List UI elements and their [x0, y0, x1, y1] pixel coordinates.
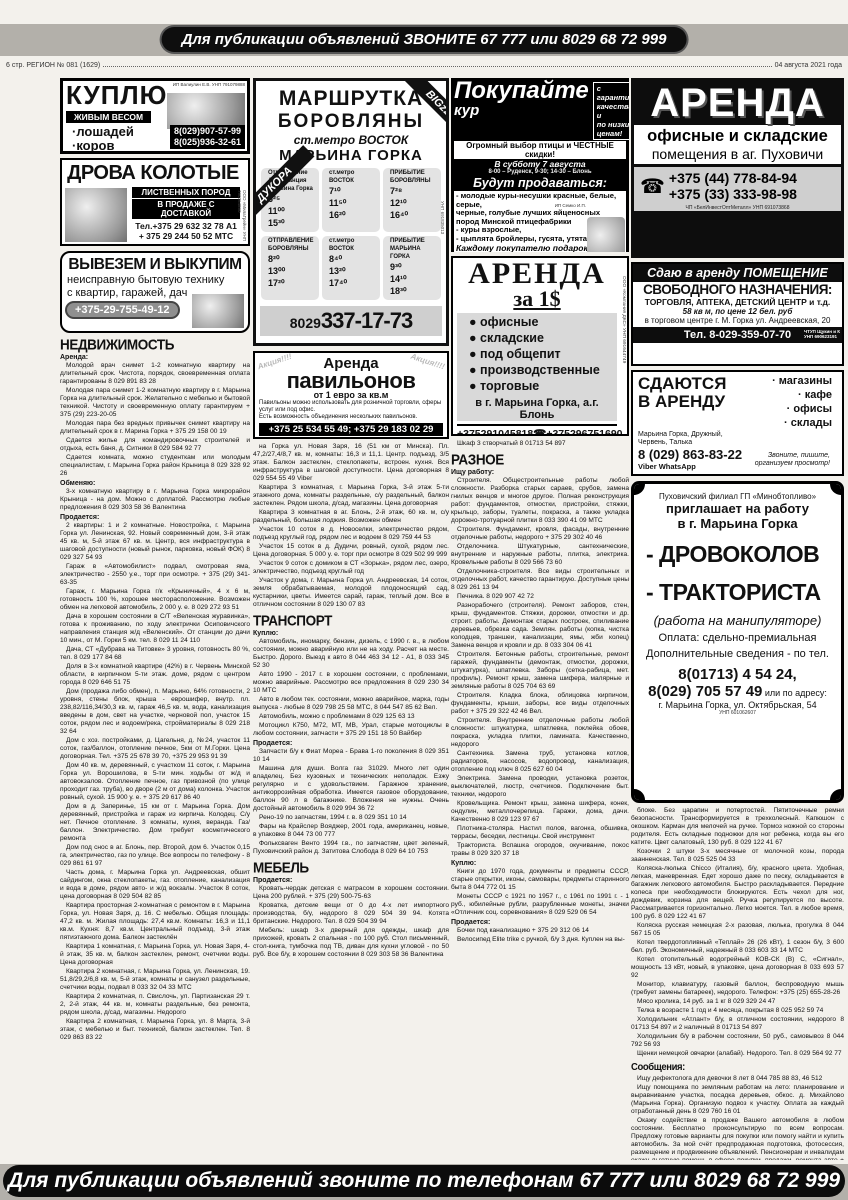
info-line: Дополнительные сведения - по тел. — [640, 648, 835, 660]
column-3: Покупайте кур с гарантией качества и по … — [451, 78, 629, 1160]
list-item: Ищу помощника по земляным работам на лет… — [631, 1084, 844, 1116]
ad-firewood: ДРОВА КОЛОТЫЕ ЛИСТВЕННЫХ ПОРОД В ПРОДАЖЕ… — [60, 158, 250, 246]
section-title: НЕДВИЖИМОСТЬ — [60, 336, 250, 352]
list-item: 9³⁰ — [384, 262, 440, 273]
timetable-col: ПРИБЫТИЕМАРЬИНАГОРКА 9³⁰14¹⁰18³⁰ — [383, 236, 441, 300]
bottom-banner: Для публикации объявлений звоните по тел… — [3, 1165, 845, 1197]
list-item: 15³⁰ — [262, 218, 318, 229]
exchange-listings: 3-х комнатную квартиру в г. Марьина Горк… — [60, 488, 250, 512]
list-item: БОРОВЛЯНЫ — [262, 246, 318, 253]
phone: Тел. 8-029-359-07-70 — [684, 329, 791, 341]
ad-title: ДРОВА КОЛОТЫЕ — [66, 162, 240, 185]
list-item: Окажу содействие в продаже Вашего автомо… — [631, 1117, 844, 1160]
times: 9³⁰14¹⁰18³⁰ — [384, 262, 440, 297]
list-item: · офисы — [766, 403, 832, 416]
unp-note: ЧТУП Щукин и К УНП 690623191 — [804, 329, 840, 339]
phone-bar: Тел. 8-029-359-07-70 ЧТУП Щукин и К УНП … — [633, 327, 842, 343]
list-item: Дом 40 кв. м, деревянный, с участком 11 … — [60, 762, 250, 802]
furniture-sale: Кровать-чердак детская с матрасом в хоро… — [253, 885, 449, 959]
list-item: Отделочника. Штукатурные, сантехнические… — [451, 543, 629, 567]
list-item: Отделочника-строителя. Все виды строител… — [451, 568, 629, 592]
phone-1: 8(01713) 4 54 24, — [640, 666, 835, 683]
list-item: 7¹⁰ — [323, 186, 379, 197]
list-item: ПРИБЫТИЕ — [384, 238, 440, 245]
ad-appliance-removal: ВЫВЕЗЕМ И ВЫКУПИМ неисправную бытовую те… — [60, 251, 250, 333]
ad-pavilion-rent: Акция!!!! Акция!!!! Аренда павильонов от… — [253, 351, 449, 439]
misc-sale-continued: блоке. Без царапин и потертостей. Пятито… — [631, 807, 844, 1058]
transport-buy: Автомобиль, иномарку, бензин, дизель, с … — [253, 638, 449, 738]
phone-2: + 375 29 244 50 52 МТС — [132, 231, 240, 241]
list-item: Квартира 3 комнатная, г. Марьина Горка, … — [253, 484, 449, 508]
dotted-rule — [103, 65, 771, 67]
list-item: Дом под снос в аг. Блонь, пер. Второй, д… — [60, 844, 250, 868]
ad-line: Есть возможность объединения нескольких … — [259, 414, 443, 421]
list-item: 16²⁰ — [323, 210, 379, 221]
phone-1: 8(029)907-57-99 — [174, 126, 241, 137]
corner-ornament — [830, 789, 844, 803]
job-wanted-listings: Строителя. Общестроительные работы любой… — [451, 477, 629, 858]
unp-note: ООО «Компания ДКС» УНП 691644749 — [621, 276, 626, 363]
firewood-photo — [65, 188, 127, 242]
ad-office-warehouse-rent: АРЕНДА офисные и складские помещения в а… — [631, 78, 844, 258]
list-item: Квартира просторная 2-комнатная с ремонт… — [60, 902, 250, 942]
towns-line: Марьина Горка, Дружный, Червень, Талька — [638, 431, 832, 447]
phone-icon: ☎ — [640, 174, 665, 199]
positions-list: - ДРОВОКОЛОВ- ТРАКТОРИСТА — [640, 539, 835, 607]
call-to-action: Звоните, пишите, организуем просмотр! — [755, 452, 830, 468]
list-item: Книги до 1970 года, документы и предметы… — [451, 868, 629, 892]
ad-line: неисправную бытовую технику — [67, 274, 243, 287]
phone-2: 8(029) 705 57 49 или по адресу: — [640, 683, 835, 700]
misc-buy-listings: Книги до 1970 года, документы и предметы… — [451, 868, 629, 917]
list-item: Кровать-чердак детская с матрасом в хоро… — [253, 885, 449, 901]
quality-badge: с гарантией качества и по низким ценам! — [593, 82, 629, 140]
times: 7²⁸12¹⁰16⁴⁰ — [384, 186, 440, 221]
list-item: Коляска русская немецкая 2-х разовая, лю… — [631, 922, 844, 938]
phone-2: +375296751690 — [546, 428, 622, 436]
ad-line: Павильоны можно использовать для розничн… — [259, 400, 443, 414]
list-item: 18³⁰ — [384, 286, 440, 297]
list-item: Котел твердотопливный «Теплай» 26 (26 кВ… — [631, 939, 844, 955]
list-item: ст.метро — [323, 238, 379, 245]
list-item: блоке. Без царапин и потертостей. Пятито… — [631, 807, 844, 847]
list-item: ВОСТОК — [323, 246, 379, 253]
list-item: Квартира 1 комнатная, г. Марьина Горка, … — [60, 943, 250, 967]
list-item: ● торговые — [463, 379, 617, 394]
route-stop: ст.метро ВОСТОК — [260, 133, 442, 147]
employer-line: Пуховичский филиал ГП «Минобтопливо» — [640, 492, 835, 501]
list-item: Участок 15 соток в д. Дудичи, ровный, су… — [253, 543, 449, 559]
list-item: Тракториста. Вспашка огородов, окучивани… — [451, 842, 629, 858]
phone: 337-17-73 — [321, 308, 412, 333]
timetable-col: ПРИБЫТИЕБОРОВЛЯНЫ 7²⁸12¹⁰16⁴⁰ — [383, 168, 441, 232]
list-item: 13²⁰ — [323, 266, 379, 277]
col-header: ПРИБЫТИЕМАРЬИНАГОРКА — [384, 238, 440, 261]
ad-line: СВОБОДНОГО НАЗНАЧЕНИЯ: — [633, 282, 842, 297]
list-item: · склады — [766, 417, 832, 430]
job-note: (работа на манипуляторе) — [640, 613, 835, 628]
group-label: Аренда: — [60, 354, 250, 361]
list-item: Дача в хорошем состоянии в С/Т «Веленска… — [60, 613, 250, 645]
list-item: Разнорабочего (строителя). Ремонт заборо… — [451, 602, 629, 650]
appliances-photo — [192, 294, 244, 328]
ad-subtitle: за 1$ — [457, 288, 617, 310]
list-item: ● производственные — [463, 363, 617, 378]
ad-title: ВЫВЕЗЕМ И ВЫКУПИМ — [67, 256, 243, 274]
list-item: Участок 9 соток с домиком в СТ «Зорька»,… — [253, 560, 449, 576]
section-real-estate: НЕДВИЖИМОСТЬ Аренда: Молодой врач снимет… — [60, 337, 250, 1042]
list-item: Котел отопительный водогрейный КОВ-СК (В… — [631, 956, 844, 980]
list-item: Мотоцикл К750, М72, МТ, МВ, Урал, старые… — [253, 722, 449, 738]
list-item: 8²⁰ — [262, 254, 318, 265]
phones: +375 25 534 55 49; +375 29 183 02 29 — [259, 423, 443, 436]
route-endpoint: БОРОВЛЯНЫ — [260, 111, 442, 133]
list-item: 14¹⁰ — [384, 274, 440, 285]
list-item: Квартира 2 комнатная, г. Марьина Горка, … — [60, 1018, 250, 1042]
timetable-return: ОТПРАВЛЕНИЕБОРОВЛЯНЫ 8²⁰13⁰⁰17²⁰ ст.метр… — [260, 236, 442, 300]
list-item: Холодильник б/у в рабочем состоянии, 50 … — [631, 1033, 844, 1049]
list-item: Гараж в «Автомобилист» подвал, смотровая… — [60, 563, 250, 587]
rent-listings: Молодой врач снимет 1-2 комнатную кварти… — [60, 362, 250, 478]
list-item: Бочки под канализацию + 375 29 312 06 14 — [451, 927, 629, 935]
list-item: Автомобиль, можно с проблемами 8 029 125… — [253, 713, 449, 721]
unp-note: ИП Валиулин Е.В. УНП 791079888 — [173, 82, 245, 87]
ad-subtitle: ЖИВЫМ ВЕСОМ — [66, 111, 151, 123]
list-item: Печника. 8 029 907 42 72 — [451, 593, 629, 601]
list-item: на Горка ул. Новая Заря, 16 (51 км от Ми… — [253, 443, 449, 483]
list-item: Строителя. Общестроительные работы любой… — [451, 477, 629, 525]
list-item: Кровельщика. Ремонт крыш, замена шифера,… — [451, 800, 629, 824]
ad-chickens: Покупайте кур с гарантией качества и по … — [451, 78, 629, 252]
list-item: Молодая пара снимет 1-2 комнатную кварти… — [60, 387, 250, 419]
ad-job-woodcutters: Пуховичский филиал ГП «Минобтопливо» при… — [631, 481, 844, 803]
section-title: МЕБЕЛЬ — [253, 859, 449, 875]
corner-ornament — [631, 789, 645, 803]
list-item: - ТРАКТОРИСТА — [640, 577, 835, 607]
list-item: Рено-19 по запчастям, 1994 г. в. 8 029 3… — [253, 814, 449, 822]
list-item: Монеты СССР с 1921 по 1957 г., с 1961 по… — [451, 893, 629, 917]
list-item: 11⁰⁰ — [262, 206, 318, 217]
sell-header: Будут продаваться: — [454, 175, 626, 191]
phone-icon: ☎ — [533, 428, 546, 436]
list-item: Молодая пара без вредных привычек снимет… — [60, 420, 250, 436]
unp-note: ЧП «БелИнвестОптМеталл» УНП 691073868 — [634, 205, 841, 211]
group-label: Куплю: — [451, 860, 629, 867]
list-item: Дача, СТ «Дубрава на Титовке» 3 уровня, … — [60, 646, 250, 662]
list-item: 8⁴⁰ — [323, 254, 379, 265]
group-label: Обменяю: — [60, 480, 250, 487]
phone-bar: 8029337-17-73 — [260, 306, 442, 336]
col-header: ст.метроВОСТОК — [323, 238, 379, 253]
real-estate-continued: на Горка ул. Новая Заря, 16 (51 км от Ми… — [253, 443, 449, 609]
unp-note: УНП 601062607 — [640, 710, 835, 716]
list-item: 13⁰⁰ — [262, 266, 318, 277]
page-number: 6 стр. РЕГИОН № 081 (1629) — [6, 62, 100, 69]
ad-premises-rent: Сдаю в аренду ПОМЕЩЕНИЕ СВОБОДНОГО НАЗНА… — [631, 262, 844, 366]
column-4: АРЕНДА офисные и складские помещения в а… — [631, 78, 844, 1160]
newspaper-page: Для публикации объявлений ЗВОНИТЕ 67 777… — [0, 0, 848, 1200]
list-item: Мебель: шкаф 3-х дверный для одежды, шка… — [253, 927, 449, 959]
ad-shuttle-bus: ДУКОРА BIGzz МАРШРУТКА БОРОВЛЯНЫ ст.метр… — [253, 78, 449, 346]
list-item: - ДРОВОКОЛОВ — [640, 539, 835, 569]
phone-1: Тел.+375 29 632 32 78 А1 — [132, 221, 240, 231]
list-item: Квартира 2 комнатная, г. Марьина Горка, … — [60, 968, 250, 992]
list-item: Телка в возрасте 1 год и 4 месяца, покры… — [631, 1007, 844, 1015]
unp-note: ООО «МилаГрейн» УНП 790364890 — [237, 190, 247, 244]
phone-1: +375 (44) 778-84-94 — [669, 170, 797, 186]
col-header: ст.метроВОСТОК — [323, 170, 379, 185]
phone-numbers: 8(029)907-57-99 8(025)936-32-61 — [170, 125, 245, 149]
ad-title: кур — [454, 102, 589, 119]
ad-title: павильонов — [259, 372, 443, 390]
list-item: Дом с хоз. постройками, д. Цагельня, д. … — [60, 737, 250, 761]
list-item: ОТПРАВЛЕНИЕ — [262, 238, 318, 245]
list-item: 11⁵⁰ — [323, 198, 379, 209]
premises-types: · магазины· кафе· офисы· склады — [766, 375, 832, 431]
list-item: Щенки немецкой овчарки (алабай). Недорог… — [631, 1050, 844, 1058]
list-item: · магазины — [766, 375, 832, 388]
list-item: 7²⁸ — [384, 186, 440, 197]
list-item: Строителя. Внутренние отделочные работы … — [451, 717, 629, 749]
list-item: БОРОВЛЯНЫ — [384, 178, 440, 185]
stray-listing: Шкаф 3 створчатый 8 01713 54 897 — [451, 440, 629, 448]
column-1: ИП Валиулин Е.В. УНП 791079888 КУПЛЮ ЖИВ… — [60, 78, 250, 1160]
list-item: Холодильник «Атлант» б/у, в отличном сос… — [631, 1016, 844, 1032]
ad-title: Сдаю в аренду ПОМЕЩЕНИЕ — [633, 264, 842, 282]
list-item: Плотника-столяра. Настил полов, вагонка,… — [451, 825, 629, 841]
list-item: Гараж, г. Марьина Горка г/к «Крыничный»,… — [60, 588, 250, 612]
list-item: Ищу дефектолога для девочки 8 лет 8 044 … — [631, 1075, 844, 1083]
list-item: ● под общепит — [463, 347, 617, 362]
ad-line: в г. Марьина Горка — [640, 516, 835, 531]
unp-note: ИП Семко И.П. — [555, 203, 586, 208]
list-item: Авто в любом тех. состоянии, можно авари… — [253, 696, 449, 712]
list-item: Часть дома, г. Марьина Горка ул. Андреев… — [60, 869, 250, 901]
list-item: 2 квартиры: 1 и 2 комнатные. Новостройка… — [60, 522, 250, 562]
premises-types: ● офисные● складские● под общепит● произ… — [457, 313, 617, 397]
list-item: 17⁴⁰ — [323, 278, 379, 289]
list-item: Участок у дома, г. Марьина Горка ул. Анд… — [253, 577, 449, 609]
timetable-col: ст.метроВОСТОК 7¹⁰11⁵⁰16²⁰ — [322, 168, 380, 232]
phone-panel: ☎ +375 (44) 778-84-94 +375 (33) 333-98-9… — [634, 167, 841, 205]
list-item: ВОСТОК — [323, 178, 379, 185]
list-item: Коляска-люлька Chicco (Италия), б/у, кра… — [631, 865, 844, 921]
group-label: Продается: — [253, 877, 449, 884]
section-title: РАЗНОЕ — [451, 451, 629, 467]
ad-line: В ПРОДАЖЕ С ДОСТАВКОЙ — [132, 199, 240, 219]
ad-line: Огромный выбор птицы и ЧЕСТНЫЕ скидки! — [454, 141, 626, 159]
phone-bar: +375291045818 ☎ +375296751690 — [457, 424, 617, 436]
ad-title: АРЕНДА — [634, 81, 841, 125]
group-label: Продается: — [451, 919, 629, 926]
list-item: ● складские — [463, 331, 617, 346]
list-item: Доля в 3-х комнатной квартире (42%) в г.… — [60, 663, 250, 687]
list-item: Электрика. Замена проводки, установка ро… — [451, 775, 629, 799]
price-line: 58 кв м, по цене 12 бел. руб — [633, 307, 842, 316]
group-label: Продается: — [253, 740, 449, 747]
list-item: ● офисные — [463, 315, 617, 330]
phone-2: 8(025)936-32-61 — [174, 137, 241, 148]
address-line: г. Марьина Горка, ул. Октябрьская, 54 — [640, 700, 835, 710]
ad-title: Покупайте — [454, 80, 589, 102]
group-label: Продается: — [60, 514, 250, 521]
list-item: ПРИБЫТИЕ — [384, 170, 440, 177]
location-line: в г. Марьина Горка, а.г. Блонь — [457, 397, 617, 421]
timetable-col: ст.метроВОСТОК 8⁴⁰13²⁰17⁴⁰ — [322, 236, 380, 300]
list-item: Фольксваген Венто 1994 г.в., по запчастя… — [253, 840, 449, 856]
group-label: Ищу работу: — [451, 469, 629, 476]
list-item: Строителя. Кладка блока, облицовка кирпи… — [451, 692, 629, 716]
sell-list: - молодые куры-несушки красные, белые, с… — [454, 191, 626, 252]
ad-line: помещения в аг. Пуховичи — [634, 146, 841, 162]
list-item: Сантехника. Замена труб, установка котло… — [451, 750, 629, 774]
list-item: Участок 10 соток в д. Новоселки, электри… — [253, 526, 449, 542]
section-title: Сообщения: — [631, 1062, 844, 1074]
times: 8⁴⁰13²⁰17⁴⁰ — [323, 254, 379, 289]
misc-sale-listings: Бочки под канализацию + 375 29 312 06 14… — [451, 927, 629, 944]
list-item: Монитор, клавиатуру, газовый баллон, бес… — [631, 981, 844, 997]
list-item: Строителя. Бетонные работы, строительные… — [451, 651, 629, 691]
list-item: 3-х комнатную квартиру в г. Марьина Горк… — [60, 488, 250, 512]
list-item: Дом (продажа либо обмен), п. Марьино, 64… — [60, 688, 250, 736]
column-2: ДУКОРА BIGzz МАРШРУТКА БОРОВЛЯНЫ ст.метр… — [253, 78, 449, 1160]
pay-line: Оплата: сдельно-премиальная — [640, 632, 835, 644]
list-item: 16⁴⁰ — [384, 210, 440, 221]
list-item: Велосипед Elite trike с ручкой, б/у 3 дн… — [451, 936, 629, 944]
ad-line: офисные и складские — [634, 127, 841, 146]
times: 8²⁰13⁰⁰17²⁰ — [262, 254, 318, 289]
list-item: 12¹⁰ — [384, 198, 440, 209]
ad-line: приглашает на работу — [640, 501, 835, 516]
times: 7¹⁰11⁵⁰16²⁰ — [323, 186, 379, 221]
timetable-col: ОТПРАВЛЕНИЕБОРОВЛЯНЫ 8²⁰13⁰⁰17²⁰ — [261, 236, 319, 300]
list-item: Молодой врач снимет 1-2 комнатную кварти… — [60, 362, 250, 386]
address-line: в торговом центре г. М. Горка ул. Андрее… — [633, 316, 842, 325]
list-item: Квартира 3 комнатная в аг. Блонь, 2-й эт… — [253, 509, 449, 525]
list-item: · кафе — [766, 389, 832, 402]
col-header: ПРИБЫТИЕБОРОВЛЯНЫ — [384, 170, 440, 185]
col-header: ОТПРАВЛЕНИЕБОРОВЛЯНЫ — [262, 238, 318, 253]
horses-photo — [167, 93, 245, 129]
list-item: Козочки 2 штуки 3-х месячные от молочной… — [631, 848, 844, 864]
list-item: ст.метро — [323, 170, 379, 177]
sale-date: В субботу 7 августа — [454, 159, 626, 169]
list-item: Мясо кролика, 14 руб. за 1 кг 8 029 329 … — [631, 998, 844, 1006]
ad-rent-multi: СДАЮТСЯ В АРЕНДУ · магазины· кафе· офисы… — [631, 370, 844, 476]
ad-line: ЛИСТВЕННЫХ ПОРОД — [132, 187, 240, 198]
list-item: Строителя. Фундамент, кровля, фасады, вн… — [451, 526, 629, 542]
list-item: МАРЬИНА — [384, 246, 440, 253]
ad-kuplyu-livestock: ИП Валиулин Е.В. УНП 791079888 КУПЛЮ ЖИВ… — [60, 78, 250, 154]
group-label: Куплю: — [253, 630, 449, 637]
list-item: Дом в д. Заперинье, 15 км от г. Марьина … — [60, 803, 250, 843]
list-item: Сдается жилье для командировочных строит… — [60, 437, 250, 453]
phone-1: +375291045818 — [457, 428, 533, 436]
list-item: Авто 1990 - 2017 г. в хорошем состоянии,… — [253, 671, 449, 695]
phone-2: +375 (33) 333-98-98 — [669, 186, 797, 202]
list-item: Машина для души. Волга газ 31029. Много … — [253, 765, 449, 813]
phone-prefix: 8029 — [290, 315, 321, 331]
list-item: Автомобиль, иномарку, бензин, дизель, с … — [253, 638, 449, 670]
top-banner: Для публикации объявлений ЗВОНИТЕ 67 777… — [162, 27, 687, 52]
phone: +375-29-755-49-12 — [67, 303, 178, 317]
unp-note: УНП 691835013 — [440, 201, 445, 234]
messages-listings: Ищу дефектолога для девочки 8 лет 8 044 … — [631, 1075, 844, 1160]
list-item: ГОРКА — [384, 254, 440, 261]
page-header: 6 стр. РЕГИОН № 081 (1629) 04 августа 20… — [6, 62, 842, 69]
transport-sale: Запчасти б/у к Фиат Мореа - Брава 1-го п… — [253, 748, 449, 856]
list-item: Запчасти б/у к Фиат Мореа - Брава 1-го п… — [253, 748, 449, 764]
list-item: Кроватка, детские вещи от 0 до 4-х лет и… — [253, 902, 449, 926]
list-item: Квартира 2 комнатная, п. Свислочь, ул. П… — [60, 993, 250, 1017]
list-item: Сдается комната, можно студенткам или мо… — [60, 454, 250, 478]
ad-rent-for-1-dollar: АРЕНДА за 1$ ● офисные● складские● под о… — [451, 256, 629, 436]
ad-line: ТОРГОВЛЯ, АПТЕКА, ДЕТСКИЙ ЦЕНТР и т.д. — [633, 297, 842, 307]
chickens-photo — [587, 217, 625, 252]
issue-date: 04 августа 2021 года — [775, 62, 842, 69]
sale-listings: 2 квартиры: 1 и 2 комнатные. Новостройка… — [60, 522, 250, 1042]
list-item: 17²⁰ — [262, 278, 318, 289]
section-title: ТРАНСПОРТ — [253, 612, 449, 628]
ad-title: СДАЮТСЯ В АРЕНДУ — [638, 375, 726, 431]
list-item: ·быков — [66, 153, 244, 154]
list-item: Фары на Крайслер Вояджер, 2001 года, аме… — [253, 823, 449, 839]
ad-title: АРЕНДА — [457, 260, 617, 288]
